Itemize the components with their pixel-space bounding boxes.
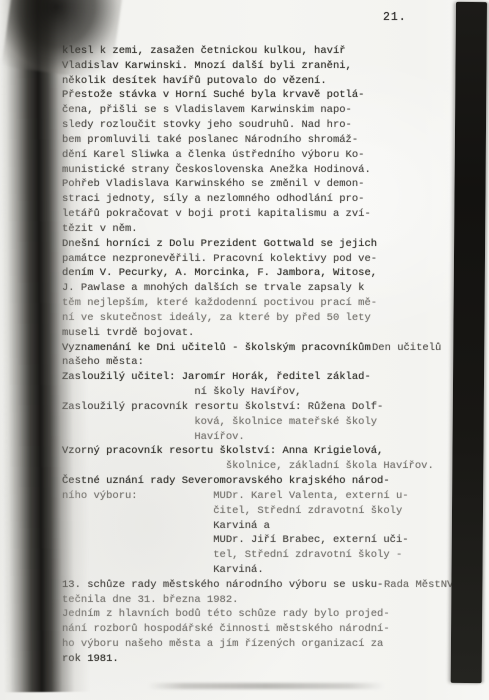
text-line: rok 1981. <box>62 652 434 667</box>
text-line: těm nejlepším, které každodenní poctivou… <box>62 296 434 311</box>
scan-bottom-streak <box>148 683 384 689</box>
text-line: tel, Střední zdravotní školy - <box>62 548 434 563</box>
text-line: nání rozborů hospodářské činnosti městsk… <box>62 622 434 637</box>
text-line: Karviná a <box>62 519 434 534</box>
text-line: ní školy Havířov, <box>62 385 434 400</box>
text-line: museli tvrdě bojovat. <box>62 326 434 341</box>
text-line: dením V. Pecurky, A. Morcinka, F. Jambor… <box>62 266 434 281</box>
text-line: několik desítek havířů putovalo do vězen… <box>62 74 434 89</box>
text-line: 13. schůze rady městského národního výbo… <box>62 578 434 593</box>
page-number: 21. <box>383 11 407 24</box>
text-line: Přestože stávka v Horní Suché byla krvav… <box>62 88 434 103</box>
text-line: Pohřeb Vladislava Karwinského se změnil … <box>62 177 434 192</box>
text-line: Havířov. <box>62 430 434 445</box>
text-line: Dnešní horníci z Dolu Prezident Gottwald… <box>62 237 434 252</box>
text-line: klesl k zemi, zasažen četnickou kulkou, … <box>62 44 434 59</box>
text-line: munistické strany Československa Anežka … <box>62 163 434 178</box>
text-line: ho výboru našeho města a jím řízených or… <box>62 637 434 652</box>
text-line: J. Pawlase a mnohých dalších se trvale z… <box>62 281 434 296</box>
text-line: ková, školnice mateřské školy <box>62 415 434 430</box>
text-line: památce nezpronevěřili. Pracovní kolekti… <box>62 252 434 267</box>
text-line: našeho města: <box>62 355 434 370</box>
text-line: Zasloužilý učitel: Jaromír Horák, ředite… <box>62 370 434 385</box>
text-line: sledy rozloučit stovky jeho soudruhů. Na… <box>62 118 434 133</box>
text-line: straci jednoty, síly a nezlomného odhodl… <box>62 192 434 207</box>
text-line: Karviná. <box>62 563 434 578</box>
text-line: ní ve skutečnost ideály, za které by pře… <box>62 311 434 326</box>
text-line: tězit v něm. <box>62 222 434 237</box>
text-line: čena, přišli se s Vladislavem Karwinskim… <box>62 103 434 118</box>
text-line: Vladislav Karwinski. Mnozí další byli zr… <box>62 59 434 74</box>
text-line: školnice, základní škola Havířov. <box>62 459 434 474</box>
text-line: Vzorný pracovník resortu školství: Anna … <box>62 444 434 459</box>
scanned-document-page: 21. klesl k zemi, zasažen četnickou kulk… <box>0 0 489 700</box>
text-line: tečnila dne 31. března 1982. <box>62 593 434 608</box>
text-line: dění Karel Sliwka a členka ústředního vý… <box>62 148 434 163</box>
scan-edge-band <box>451 2 487 683</box>
text-line: MUDr. Jiří Brabec, externí uči- <box>62 533 434 548</box>
text-line: čitel, Střední zdravotní školy <box>62 504 434 519</box>
text-line: letářů pokračovat v boji proti kapitalis… <box>62 207 434 222</box>
text-line: Jedním z hlavních bodů této schůze rady … <box>62 607 434 622</box>
margin-note: Rada MěstNV <box>384 578 453 593</box>
text-line: ního výboru: MUDr. Karel Valenta, extern… <box>62 489 434 504</box>
text-line: Čestné uznání rady Severomoravského kraj… <box>62 474 434 489</box>
text-line: Zasloužilý pracovník resortu školství: R… <box>62 400 434 415</box>
text-line: bem promluvili také poslanec Národního s… <box>62 133 434 148</box>
margin-note: Den učitelů <box>372 341 441 356</box>
